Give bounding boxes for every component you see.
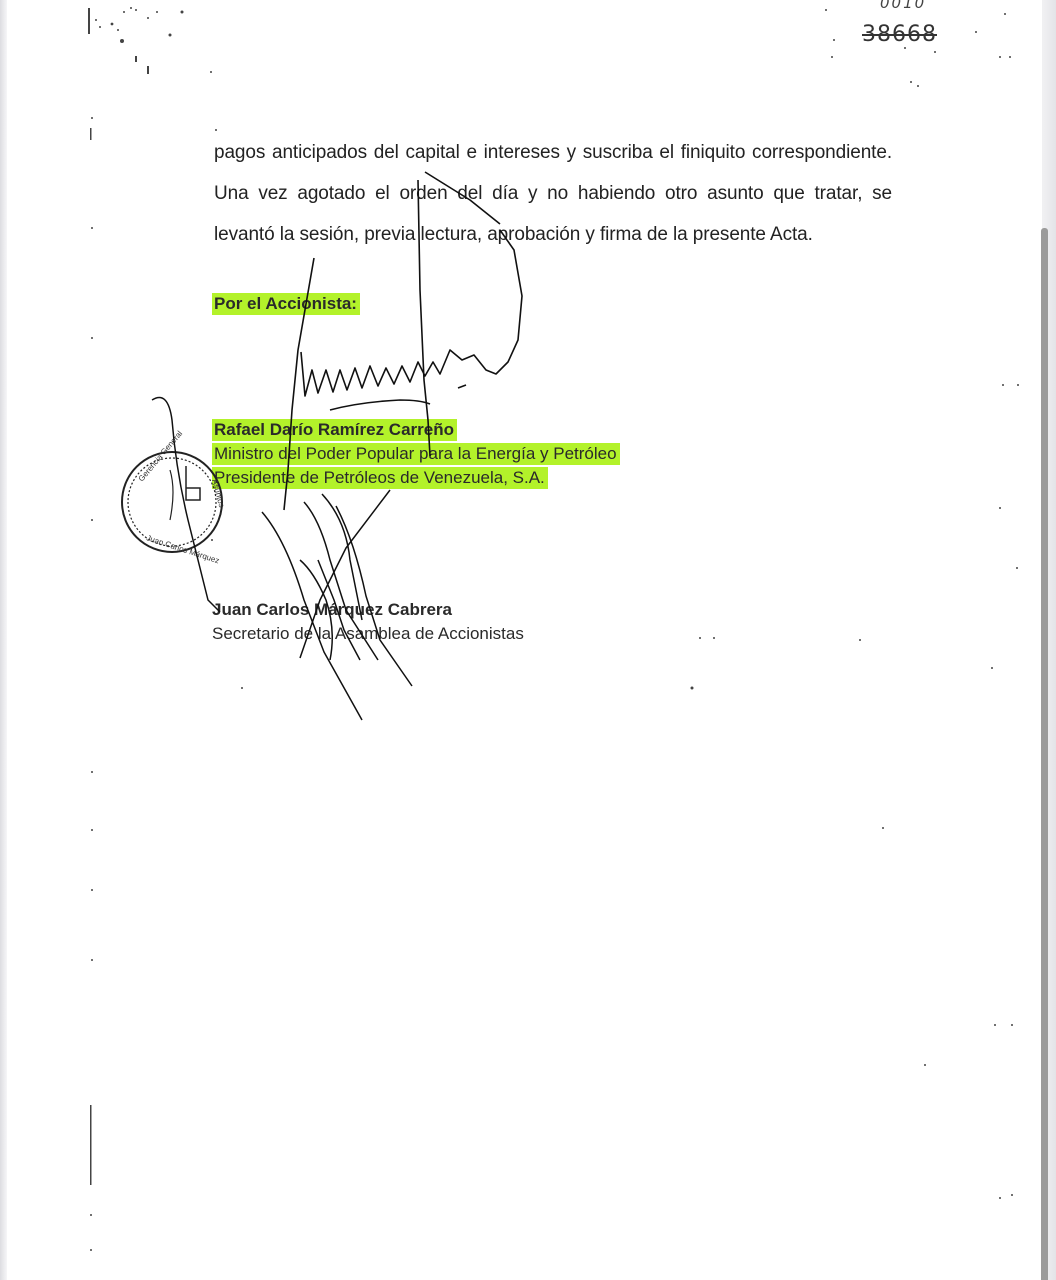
scrollbar-thumb[interactable]: [1041, 228, 1048, 1280]
signatory-2-title: Secretario de la Asamblea de Accionistas: [212, 622, 524, 646]
folio-number: 38668: [862, 22, 937, 47]
signatory-1-title-1: Ministro del Poder Popular para la Energ…: [212, 443, 620, 465]
highlighted-text: Por el Accionista:: [212, 293, 360, 315]
signatory-1-title-2: Presidente de Petróleos de Venezuela, S.…: [212, 467, 548, 489]
folio-top: 0010: [880, 0, 926, 12]
closing-paragraph: pagos anticipados del capital e interese…: [214, 132, 892, 255]
signatory-2-name: Juan Carlos Márquez Cabrera: [212, 598, 524, 622]
paragraph-line: Una vez agotado el orden del día y no ha…: [214, 173, 892, 214]
paragraph-line: levantó la sesión, previa lectura, aprob…: [214, 214, 892, 255]
signatory-2-block: Juan Carlos Márquez Cabrera Secretario d…: [212, 598, 524, 646]
shareholder-label: Por el Accionista:: [212, 294, 360, 314]
viewer-left-edge: [0, 0, 7, 1280]
signatory-1-block: Rafael Darío Ramírez Carreño Ministro de…: [212, 418, 620, 490]
paragraph-line: pagos anticipados del capital e interese…: [214, 132, 892, 173]
signatory-1-name: Rafael Darío Ramírez Carreño: [212, 419, 457, 441]
